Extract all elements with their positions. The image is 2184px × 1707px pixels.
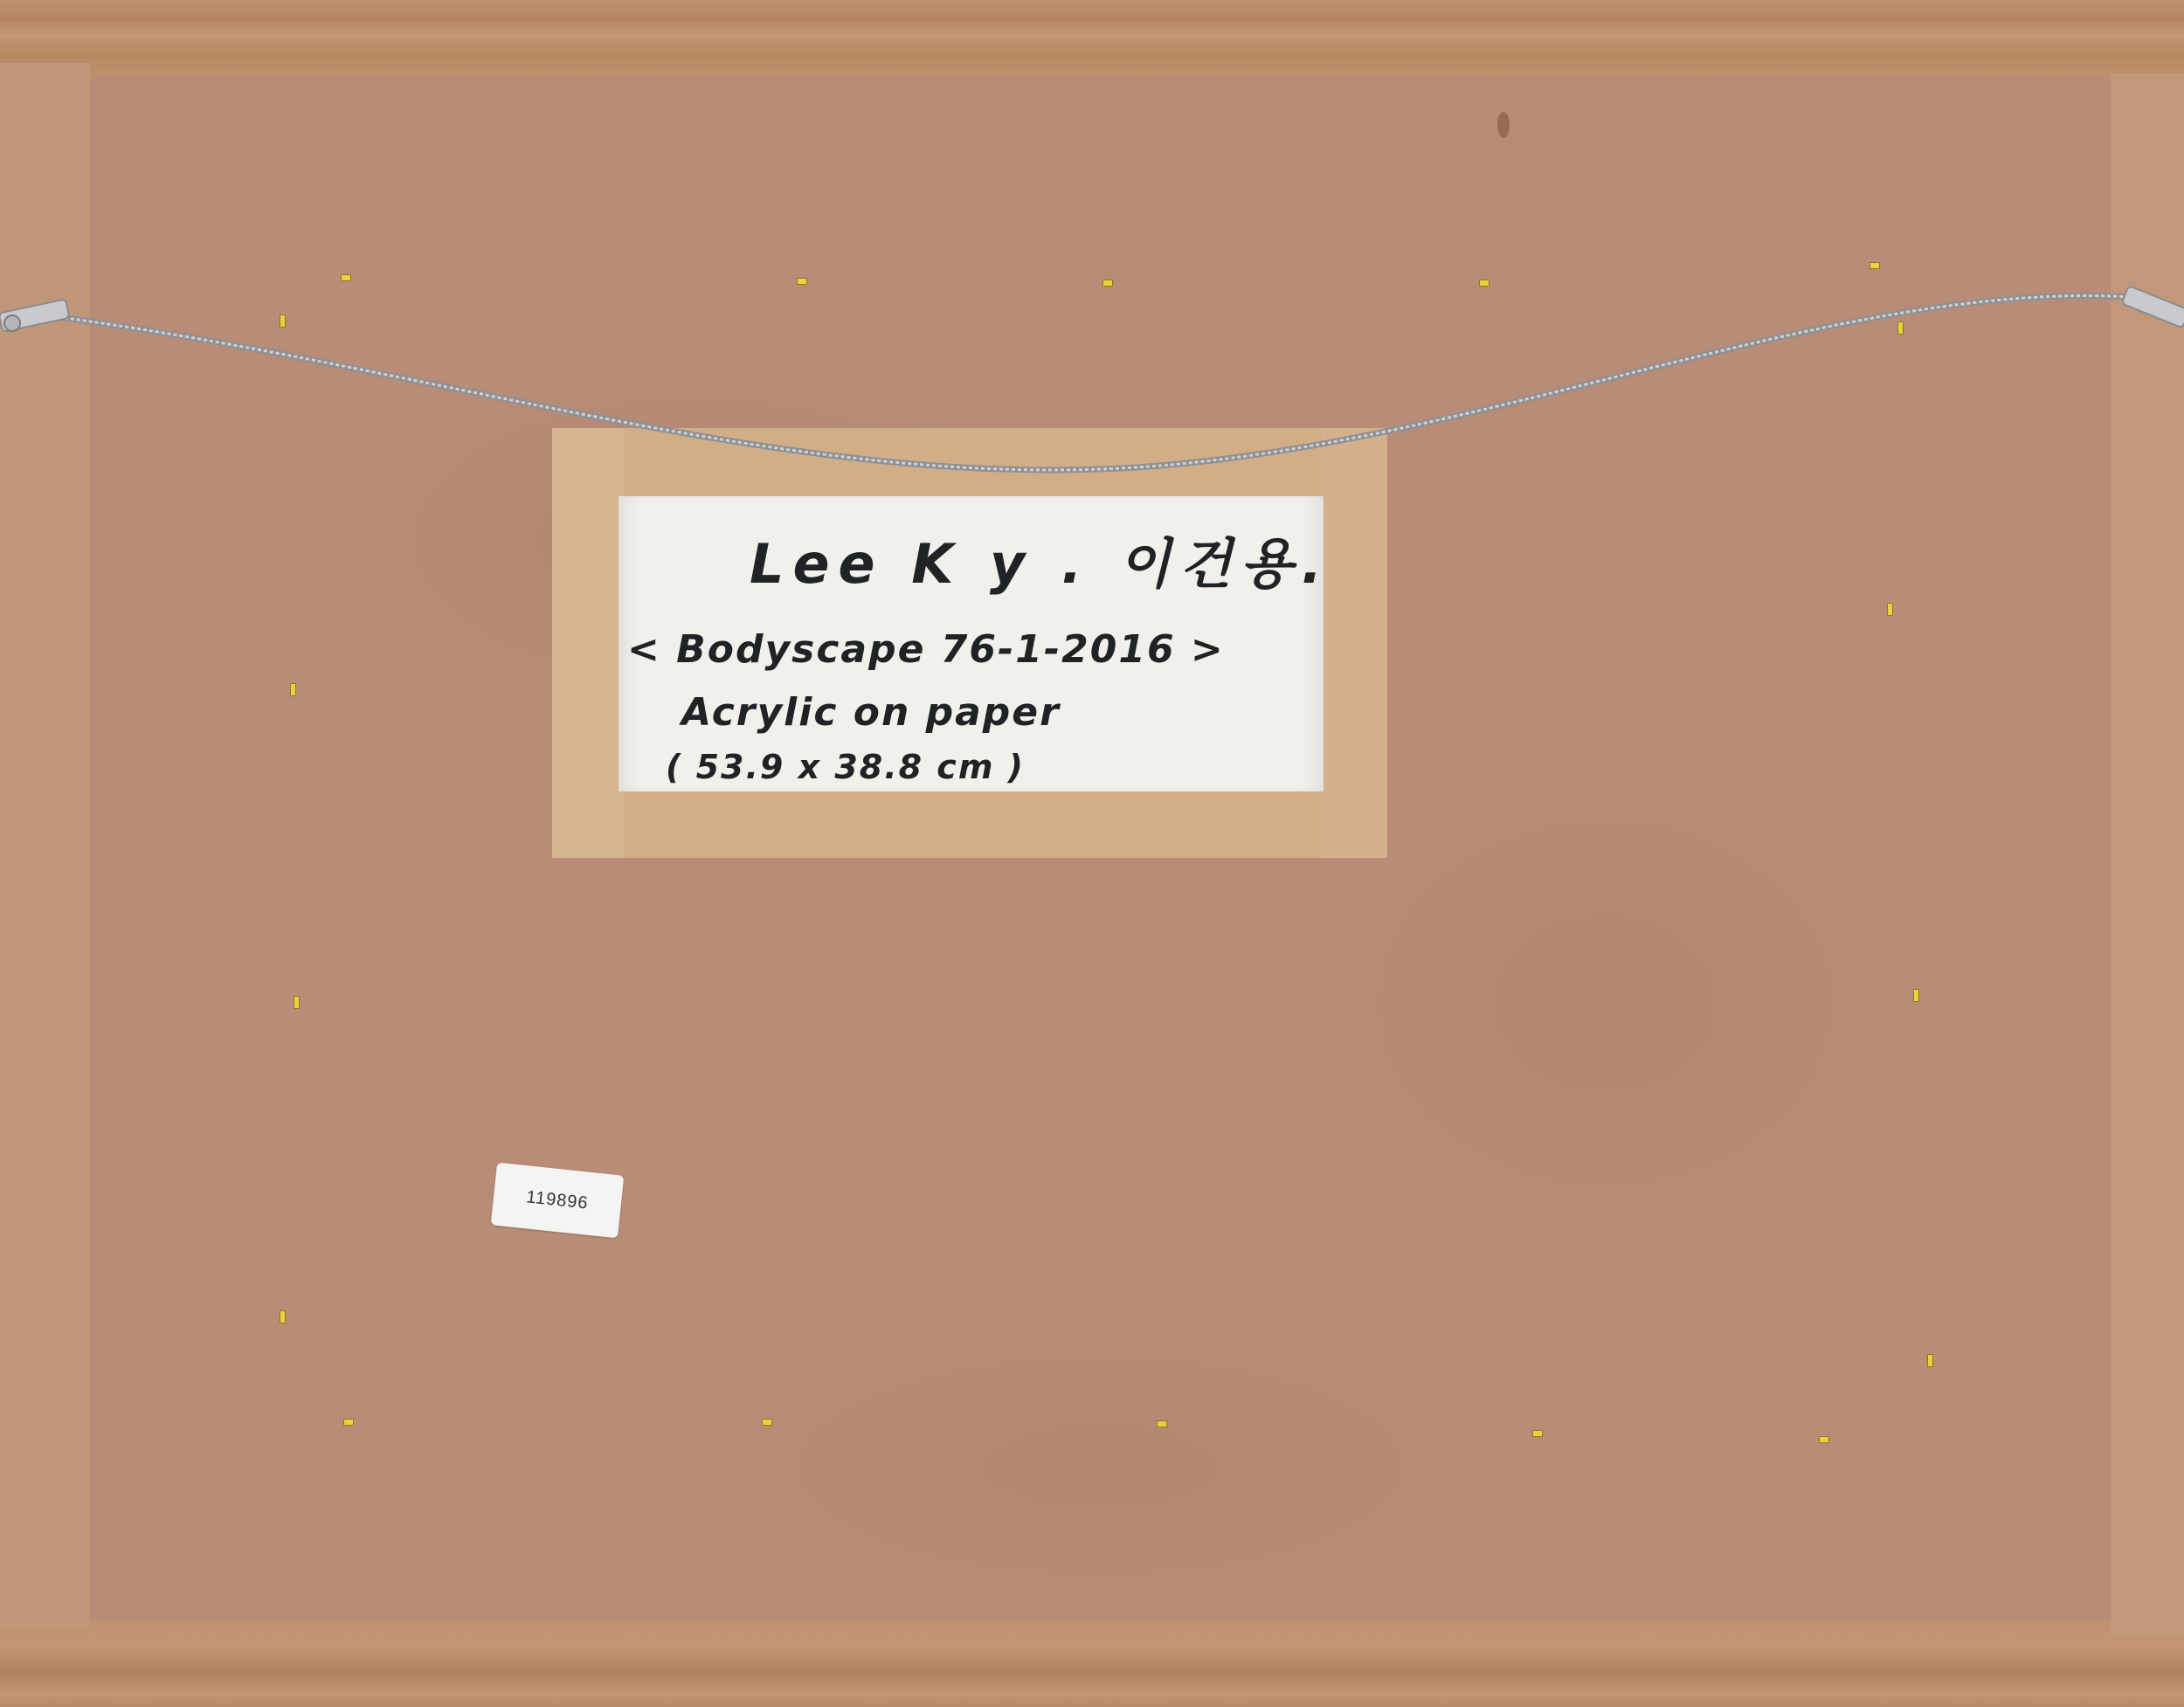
- artwork-medium: Acrylic on paper: [681, 690, 1061, 735]
- handwritten-label-card: Lee K y . 이건용. < Bodyscape 76-1-2016 > A…: [619, 496, 1324, 791]
- artwork-title: < Bodyscape 76-1-2016 >: [627, 627, 1225, 672]
- tape-strip-right: [2111, 73, 2184, 1637]
- brad-nail: [1870, 262, 1880, 269]
- stain-mark: [1497, 112, 1510, 138]
- brad-nail: [343, 1419, 354, 1426]
- tape-strip-left: [0, 63, 90, 1627]
- inventory-sticker: 119896: [491, 1163, 625, 1239]
- brad-nail: [280, 314, 286, 328]
- brad-nail: [797, 278, 807, 285]
- brad-nail: [1913, 989, 1919, 1002]
- frame-bottom-edge: [0, 1621, 2184, 1707]
- brad-nail: [1927, 1354, 1933, 1367]
- brad-nail: [341, 274, 351, 281]
- artist-signature: Lee K y . 이건용.: [750, 521, 1330, 598]
- inventory-number: 119896: [525, 1187, 589, 1213]
- brad-nail: [1479, 280, 1489, 287]
- brad-nail: [1102, 280, 1113, 287]
- brad-nail: [1887, 603, 1893, 616]
- brad-nail: [280, 1310, 286, 1323]
- brad-nail: [1897, 321, 1904, 335]
- brad-nail: [294, 996, 300, 1009]
- brad-nail: [762, 1419, 772, 1426]
- brad-nail: [290, 683, 296, 696]
- frame-top-edge: [0, 0, 2184, 79]
- tape-strip: [1321, 428, 1387, 858]
- tape-strip: [552, 428, 624, 858]
- brad-nail: [1532, 1430, 1543, 1437]
- taped-label-panel: Lee K y . 이건용. < Bodyscape 76-1-2016 > A…: [552, 428, 1387, 858]
- brad-nail: [1157, 1420, 1167, 1427]
- brad-nail: [1819, 1436, 1829, 1443]
- artwork-dimensions: ( 53.9 x 38.8 cm ): [666, 748, 1025, 786]
